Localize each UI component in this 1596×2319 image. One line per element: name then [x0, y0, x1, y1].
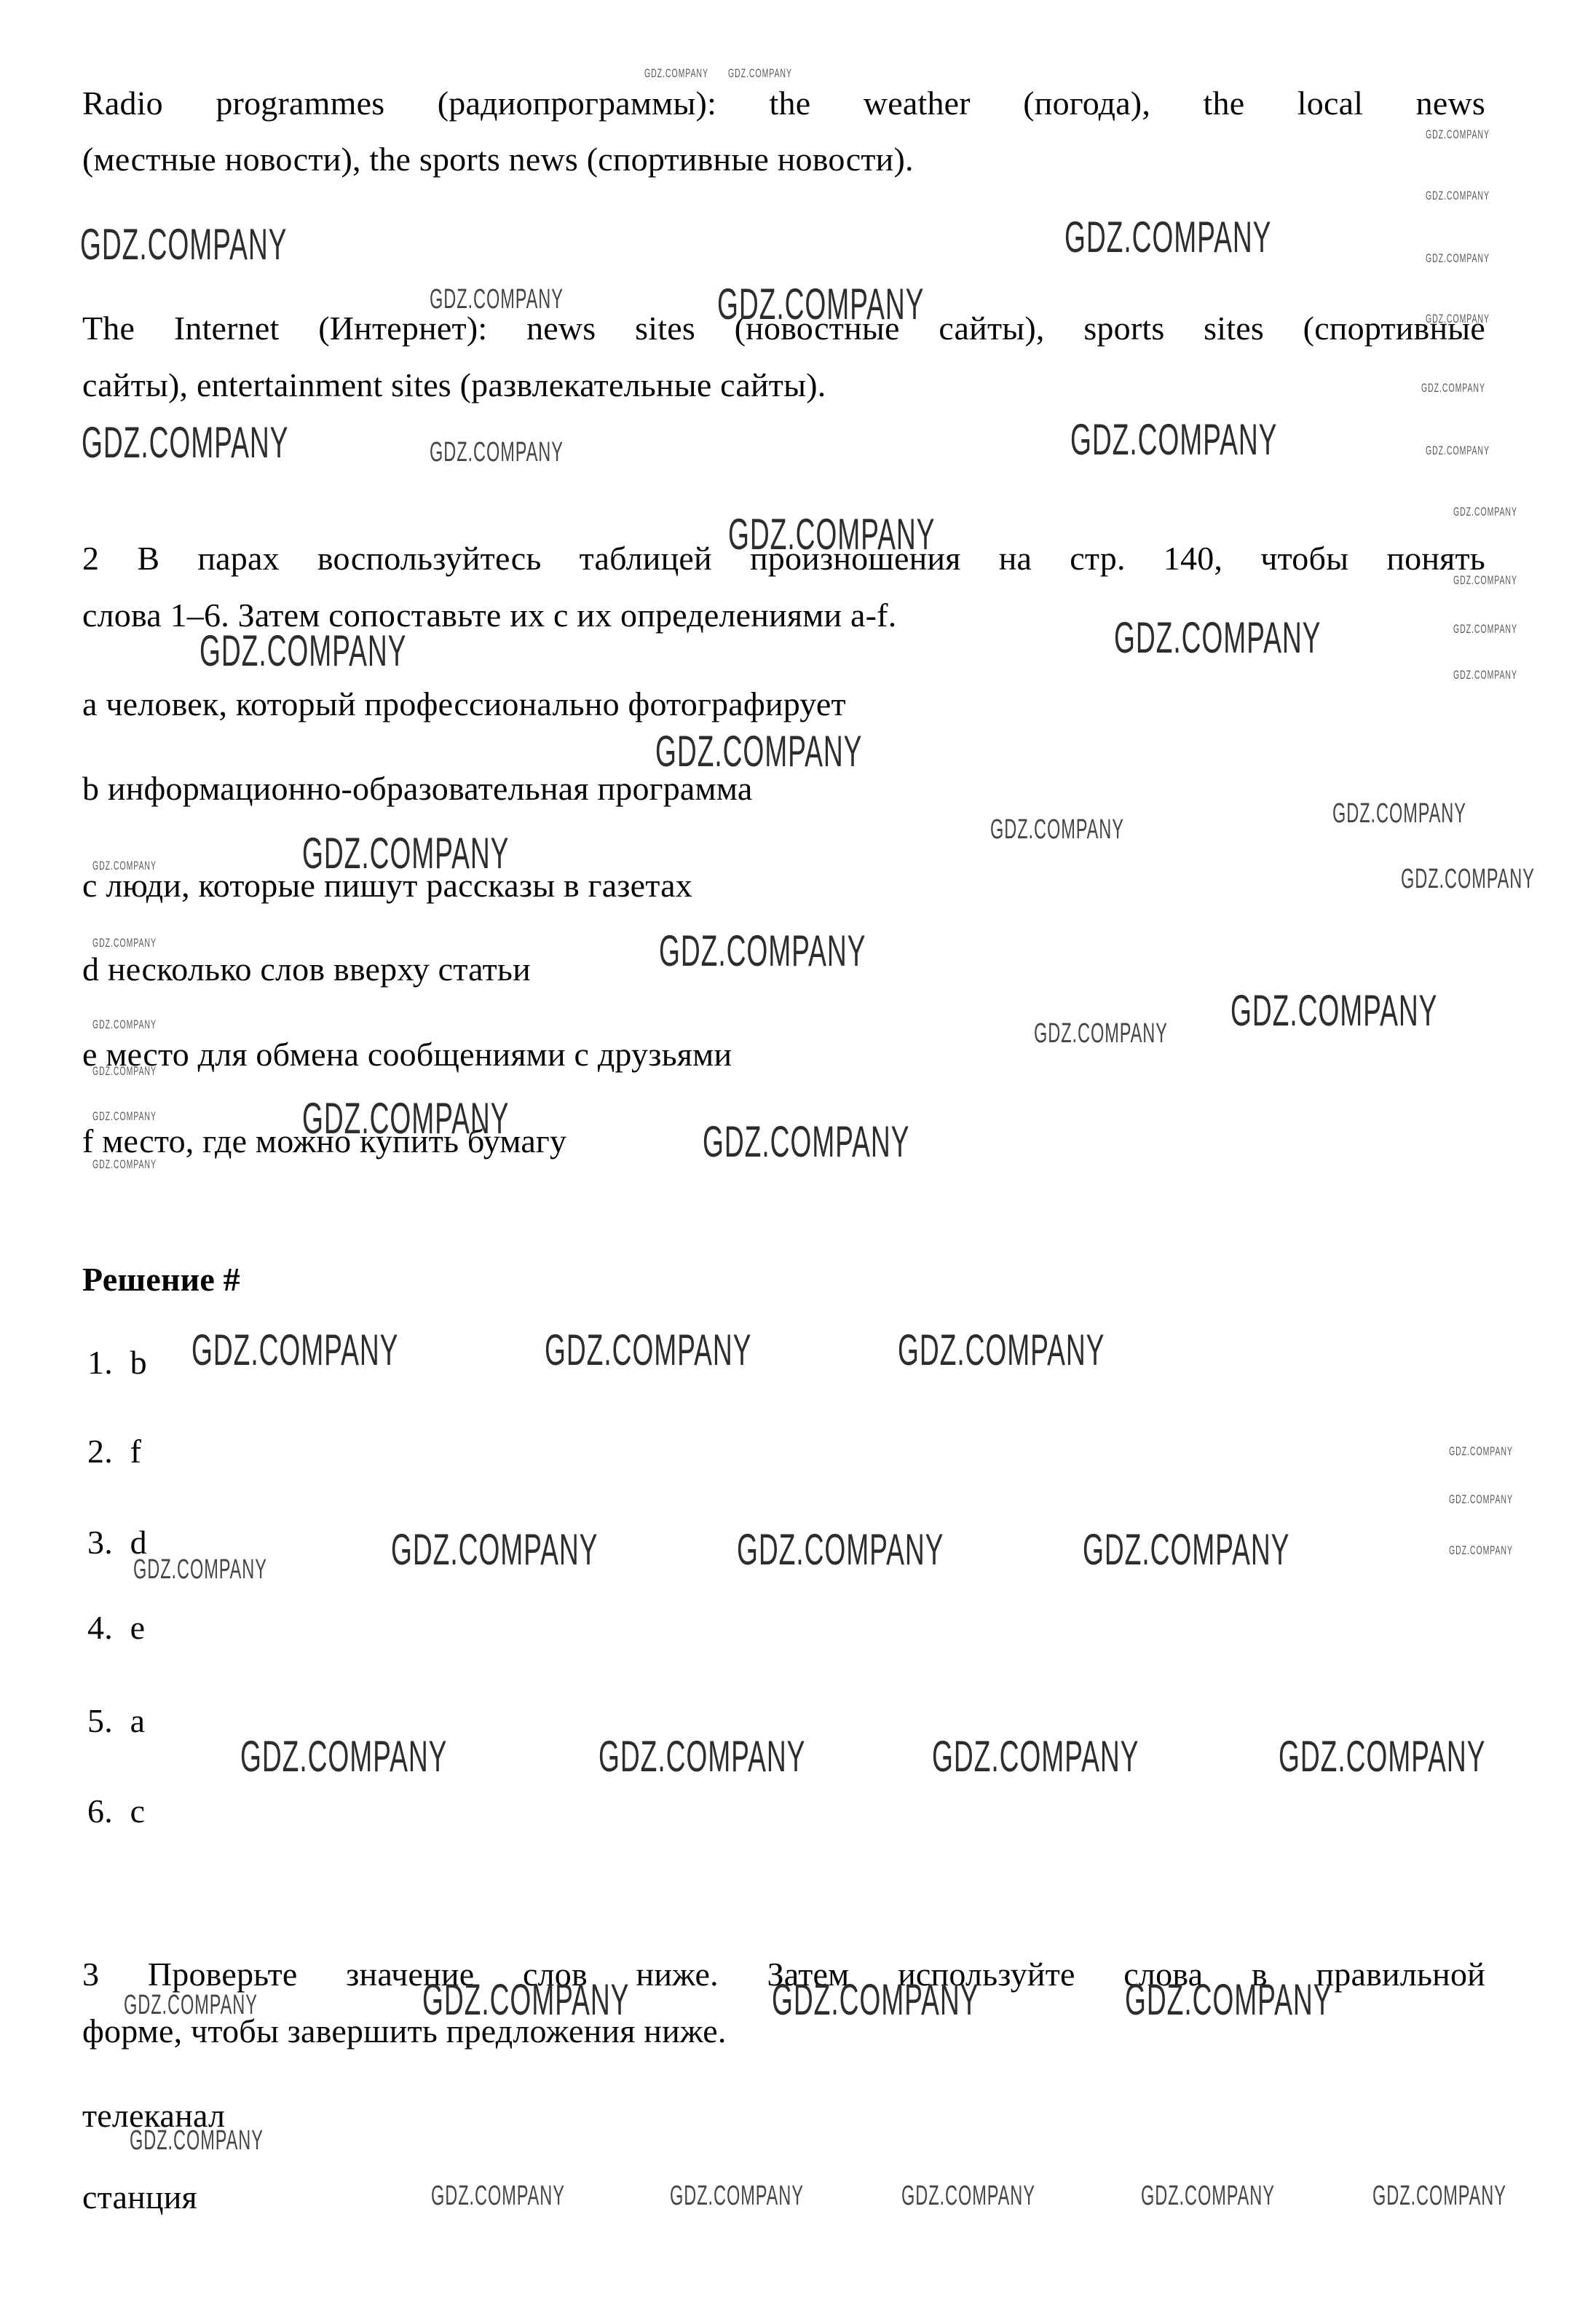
gdz-company-watermark: GDZ.COMPANY — [737, 1528, 944, 1572]
gdz-company-watermark: GDZ.COMPANY — [728, 67, 792, 79]
definition-d: d несколько слов вверху статьи — [82, 950, 531, 989]
gdz-company-watermark: GDZ.COMPANY — [1279, 1735, 1485, 1779]
gdz-company-watermark: GDZ.COMPANY — [644, 67, 708, 79]
gdz-company-watermark: GDZ.COMPANY — [82, 421, 288, 465]
gdz-company-watermark: GDZ.COMPANY — [1449, 1493, 1513, 1505]
gdz-company-watermark: GDZ.COMPANY — [932, 1735, 1139, 1779]
gdz-company-watermark: GDZ.COMPANY — [1453, 574, 1517, 586]
gdz-company-watermark: GDZ.COMPANY — [302, 1097, 509, 1141]
definition-b: b информационно-образовательная программ… — [82, 769, 752, 808]
gdz-company-watermark: GDZ.COMPANY — [302, 832, 509, 875]
p1-line2: (местные новости), the sports news (спор… — [82, 140, 914, 179]
gdz-company-watermark: GDZ.COMPANY — [655, 730, 862, 773]
gdz-company-watermark: GDZ.COMPANY — [391, 1528, 598, 1572]
gdz-company-watermark: GDZ.COMPANY — [240, 1735, 447, 1779]
answer-2: 2. f — [87, 1432, 141, 1471]
answer-5: 5. a — [87, 1701, 145, 1741]
gdz-company-watermark: GDZ.COMPANY — [1449, 1445, 1513, 1457]
gdz-company-watermark: GDZ.COMPANY — [92, 937, 157, 949]
document-page: Radio programmes (радиопрограммы): the w… — [0, 0, 1596, 2319]
answer-1: 1. b — [87, 1343, 147, 1382]
answer-6: 6. c — [87, 1792, 145, 1831]
gdz-company-watermark: GDZ.COMPANY — [124, 1991, 258, 2019]
gdz-company-watermark: GDZ.COMPANY — [670, 2182, 804, 2210]
gdz-company-watermark: GDZ.COMPANY — [1426, 252, 1490, 264]
gdz-company-watermark: GDZ.COMPANY — [133, 1556, 267, 1583]
gdz-company-watermark: GDZ.COMPANY — [92, 1065, 157, 1077]
gdz-company-watermark: GDZ.COMPANY — [92, 859, 157, 872]
gdz-company-watermark: GDZ.COMPANY — [717, 283, 924, 326]
gdz-company-watermark: GDZ.COMPANY — [598, 1735, 805, 1779]
p1-line1: Radio programmes (радиопрограммы): the w… — [82, 84, 1485, 123]
gdz-company-watermark: GDZ.COMPANY — [772, 1978, 979, 2022]
gdz-company-watermark: GDZ.COMPANY — [1372, 2182, 1506, 2210]
gdz-company-watermark: GDZ.COMPANY — [1426, 128, 1490, 141]
gdz-company-watermark: GDZ.COMPANY — [1401, 865, 1535, 893]
gdz-company-watermark: GDZ.COMPANY — [1449, 1544, 1513, 1556]
gdz-company-watermark: GDZ.COMPANY — [1114, 616, 1321, 660]
gdz-company-watermark: GDZ.COMPANY — [703, 1120, 909, 1164]
gdz-company-watermark: GDZ.COMPANY — [130, 2127, 264, 2154]
gdz-company-watermark: GDZ.COMPANY — [1125, 1978, 1332, 2022]
solution-heading: Решение # — [82, 1260, 240, 1299]
gdz-company-watermark: GDZ.COMPANY — [92, 1110, 157, 1122]
gdz-company-watermark: GDZ.COMPANY — [1453, 505, 1517, 518]
gdz-company-watermark: GDZ.COMPANY — [1034, 1020, 1168, 1047]
gdz-company-watermark: GDZ.COMPANY — [545, 1328, 751, 1372]
gdz-company-watermark: GDZ.COMPANY — [1426, 444, 1490, 457]
gdz-company-watermark: GDZ.COMPANY — [92, 1018, 157, 1031]
gdz-company-watermark: GDZ.COMPANY — [1426, 189, 1490, 202]
word-станция: станция — [82, 2178, 197, 2217]
gdz-company-watermark: GDZ.COMPANY — [1070, 418, 1277, 462]
gdz-company-watermark: GDZ.COMPANY — [1453, 623, 1517, 635]
gdz-company-watermark: GDZ.COMPANY — [430, 438, 564, 466]
gdz-company-watermark: GDZ.COMPANY — [80, 223, 287, 267]
gdz-company-watermark: GDZ.COMPANY — [1083, 1528, 1289, 1572]
gdz-company-watermark: GDZ.COMPANY — [1064, 216, 1271, 259]
gdz-company-watermark: GDZ.COMPANY — [199, 629, 406, 673]
gdz-company-watermark: GDZ.COMPANY — [1332, 800, 1466, 827]
gdz-company-watermark: GDZ.COMPANY — [1141, 2182, 1275, 2210]
answer-4: 4. e — [87, 1608, 145, 1647]
p2-line2: сайты), entertainment sites (развлекател… — [82, 366, 826, 405]
gdz-company-watermark: GDZ.COMPANY — [191, 1328, 398, 1372]
definition-e: e место для обмена сообщениями с друзьям… — [82, 1035, 732, 1074]
gdz-company-watermark: GDZ.COMPANY — [659, 929, 866, 973]
gdz-company-watermark: GDZ.COMPANY — [430, 286, 564, 313]
gdz-company-watermark: GDZ.COMPANY — [990, 816, 1124, 843]
gdz-company-watermark: GDZ.COMPANY — [1426, 312, 1490, 325]
gdz-company-watermark: GDZ.COMPANY — [1453, 669, 1517, 681]
gdz-company-watermark: GDZ.COMPANY — [1230, 989, 1437, 1033]
gdz-company-watermark: GDZ.COMPANY — [901, 2182, 1035, 2210]
gdz-company-watermark: GDZ.COMPANY — [92, 1158, 157, 1170]
gdz-company-watermark: GDZ.COMPANY — [898, 1328, 1105, 1372]
definition-a: a человек, который профессионально фотог… — [82, 685, 846, 724]
gdz-company-watermark: GDZ.COMPANY — [1421, 382, 1485, 394]
gdz-company-watermark: GDZ.COMPANY — [422, 1978, 629, 2022]
gdz-company-watermark: GDZ.COMPANY — [431, 2182, 565, 2210]
gdz-company-watermark: GDZ.COMPANY — [728, 513, 935, 556]
